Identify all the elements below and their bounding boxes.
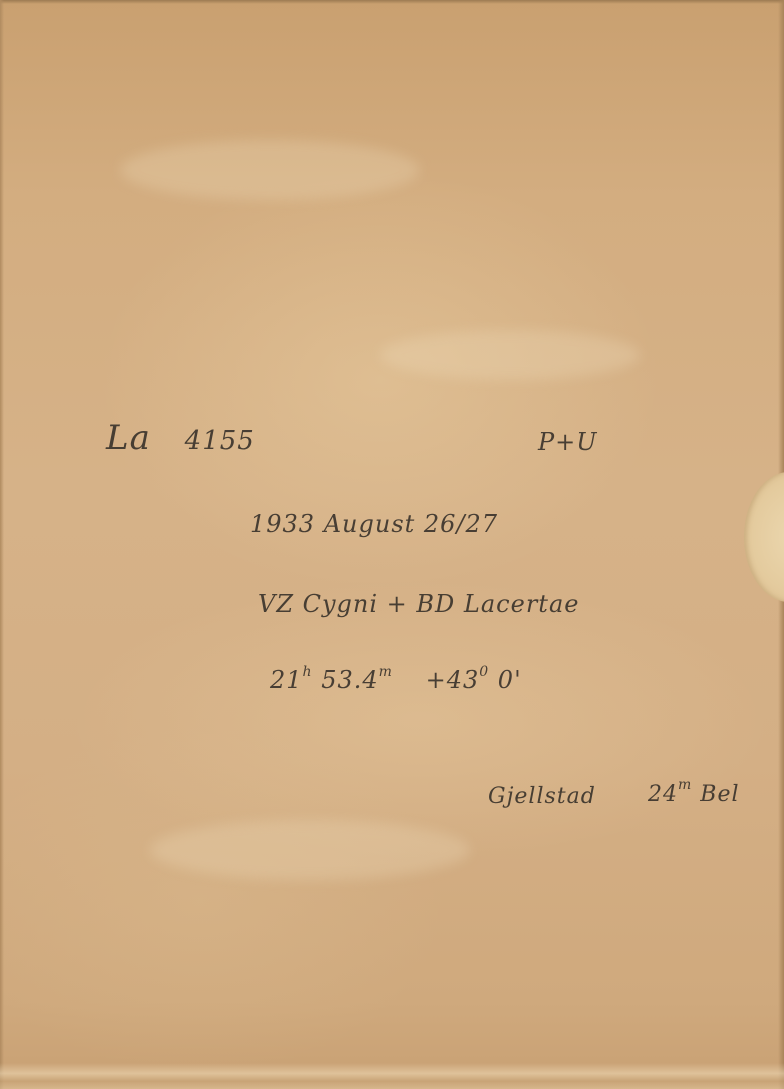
paper-sheen (120, 140, 420, 200)
plate-envelope: La 4155 P+U 1933 August 26/27 VZ Cygni +… (0, 0, 784, 1089)
ra-minutes: 53.4 (321, 666, 378, 694)
thumb-cutout (744, 472, 784, 602)
paper-sheen (380, 330, 640, 380)
instrument-unit: m (678, 777, 692, 793)
top-edge (0, 0, 784, 4)
top-right-note: P+U (538, 428, 597, 456)
ra-hours: 21 (270, 666, 303, 694)
declination-degrees: +43 (426, 666, 480, 694)
instrument-name: Bel (700, 782, 739, 807)
declination-minutes: 0' (498, 666, 522, 694)
observer: Gjellstad (488, 784, 596, 809)
coordinates: 21h 53.4m +430 0' (270, 666, 522, 694)
instrument: 24m Bel (648, 782, 740, 807)
left-edge (0, 0, 4, 1089)
instrument-value: 24 (648, 782, 678, 807)
target-objects: VZ Cygni + BD Lacertae (258, 590, 579, 618)
ra-minutes-unit: m (379, 664, 393, 680)
paper-sheen (150, 820, 470, 880)
ra-hours-unit: h (303, 664, 313, 680)
observation-date: 1933 August 26/27 (250, 510, 498, 538)
plate-id-prefix: La (106, 418, 151, 458)
bottom-crease (0, 1063, 784, 1089)
plate-id: La 4155 (106, 418, 255, 458)
declination-degree-unit: 0 (479, 664, 489, 680)
plate-id-number: 4155 (185, 426, 255, 456)
